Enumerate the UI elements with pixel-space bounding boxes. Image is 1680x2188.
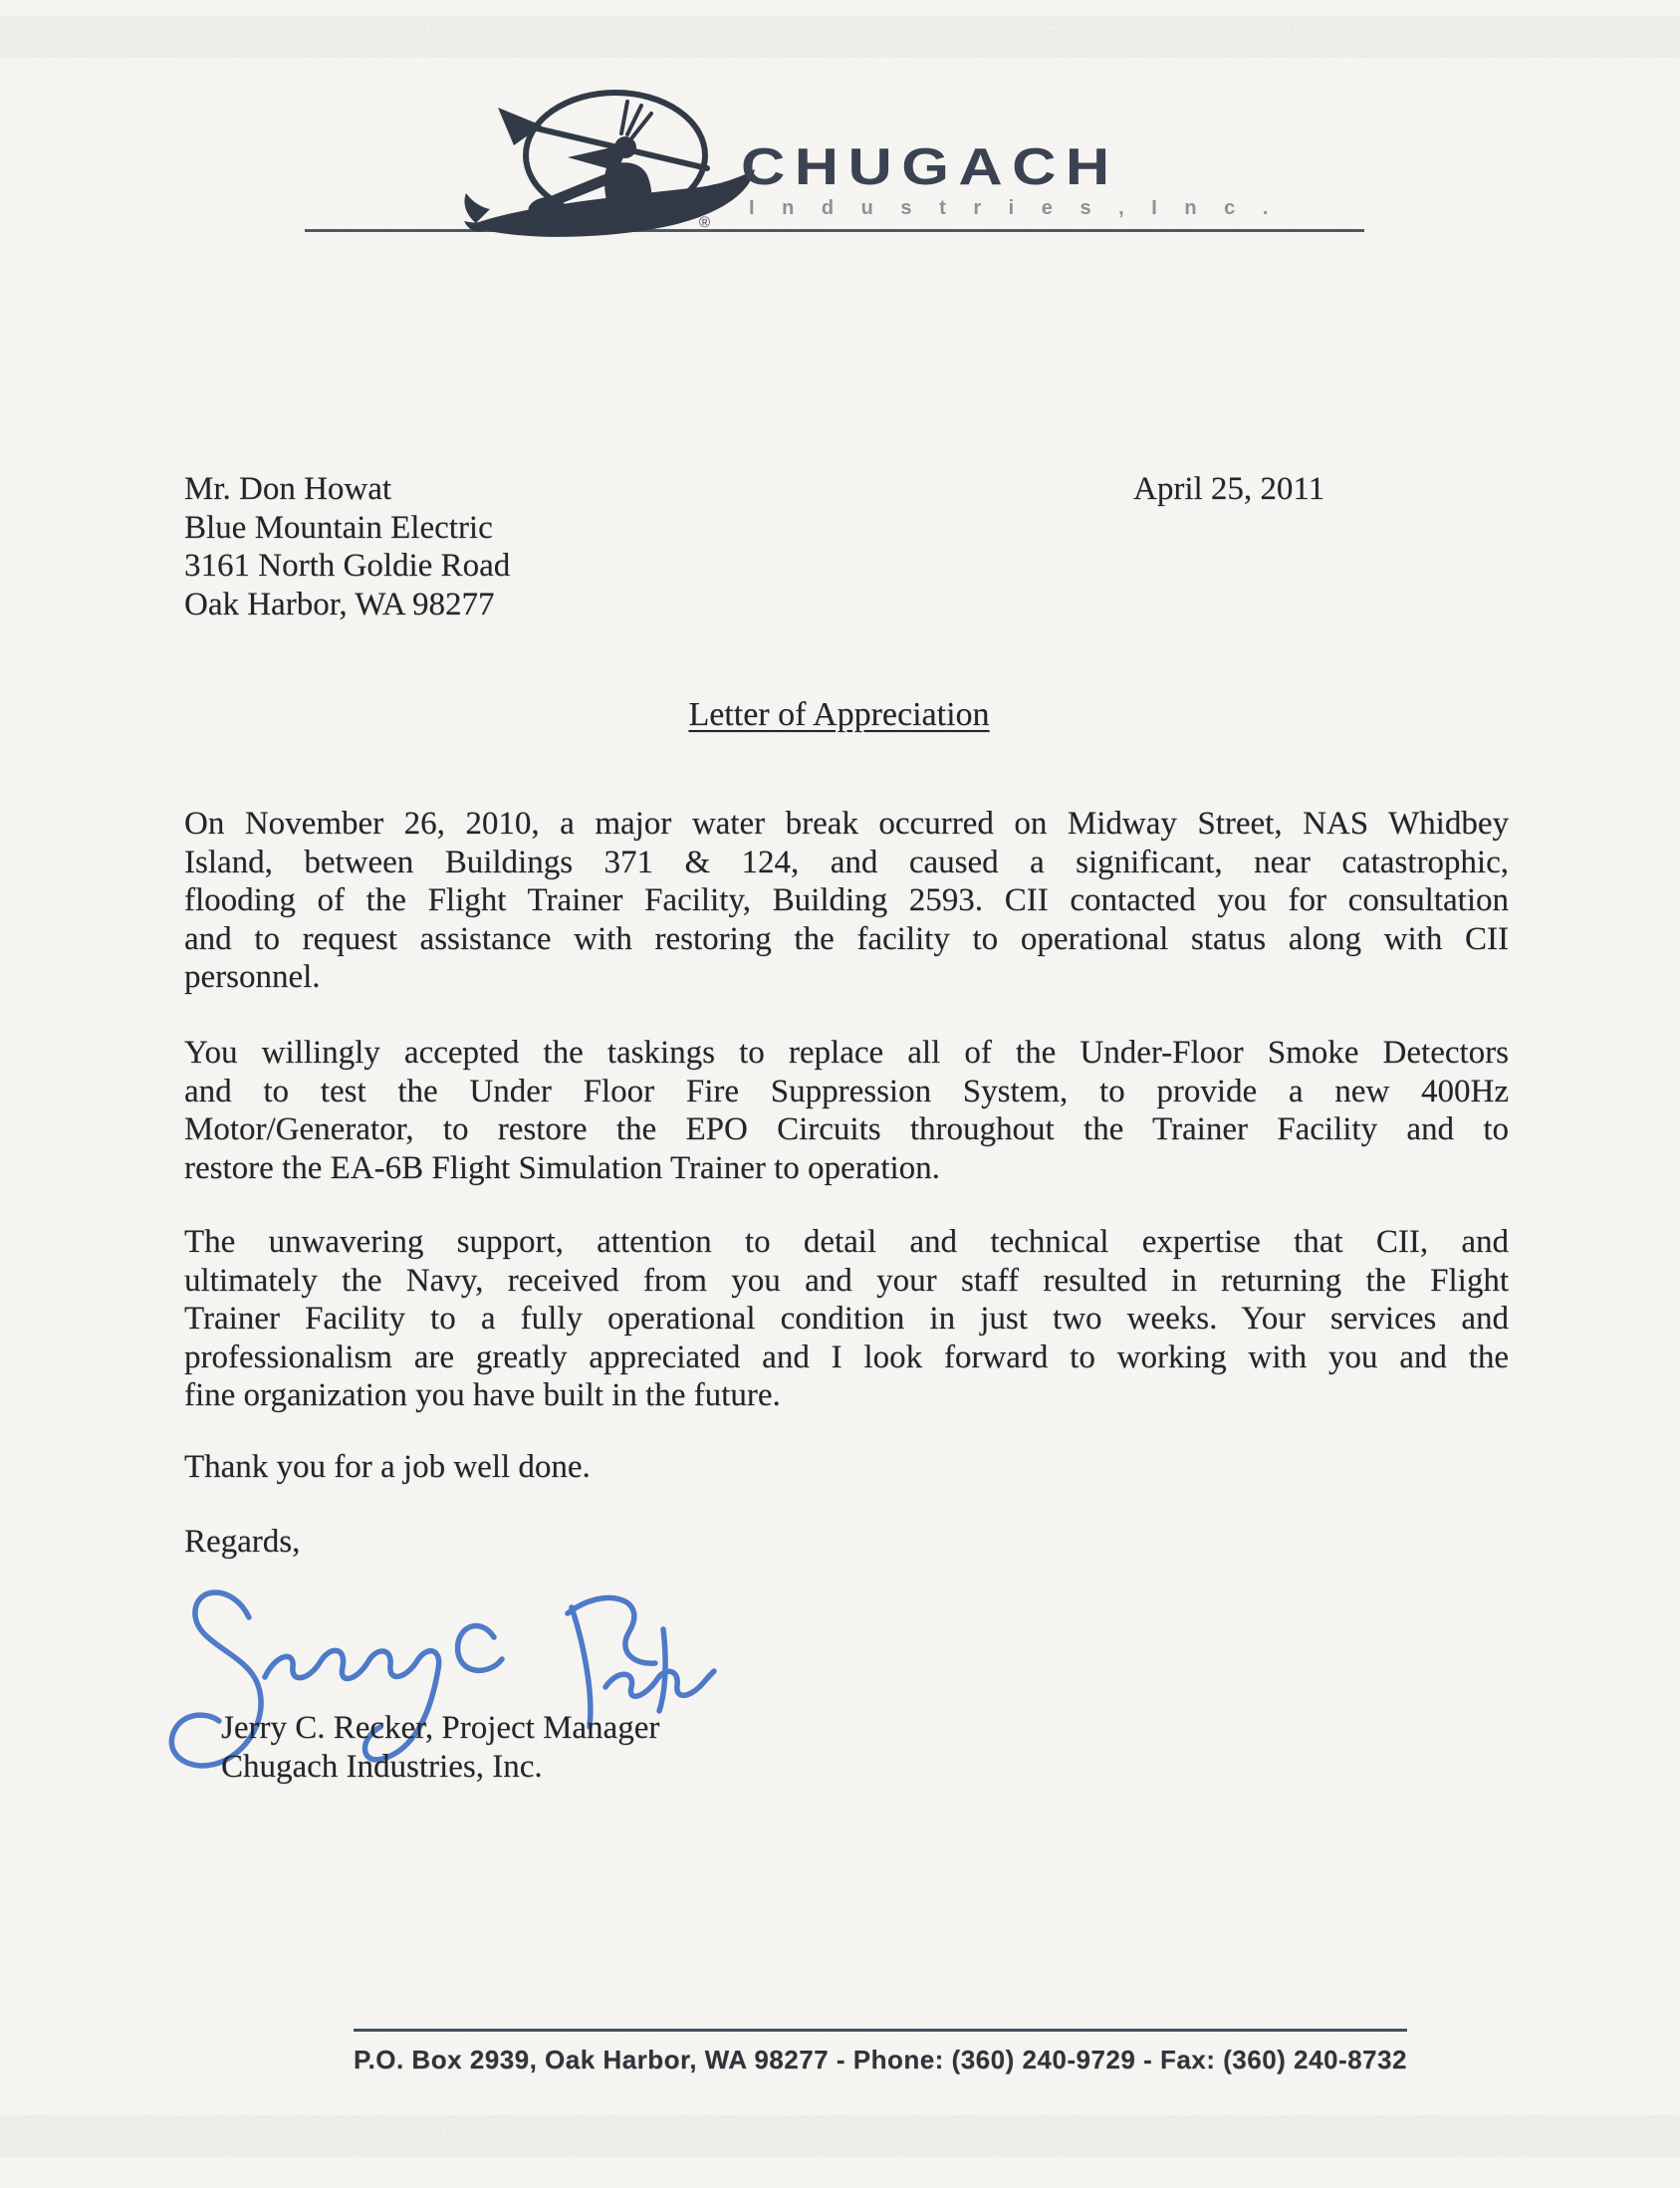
paragraph-line: You willingly accepted the taskings to r…: [184, 1034, 1509, 1073]
paragraph-line: Island, between Buildings 371 & 124, and…: [184, 844, 1509, 882]
signer-company: Chugach Industries, Inc.: [221, 1748, 659, 1787]
paragraph-line: personnel.: [184, 958, 1509, 997]
kayak-paddler-logo-icon: [450, 72, 769, 241]
paragraph-line: Motor/Generator, to restore the EPO Circ…: [184, 1110, 1509, 1149]
paragraph-line: and to request assistance with restoring…: [184, 920, 1509, 959]
footer-contact-info: P.O. Box 2939, Oak Harbor, WA 98277 - Ph…: [354, 2045, 1407, 2075]
paragraph-line: and to test the Under Floor Fire Suppres…: [184, 1073, 1509, 1111]
paragraph-3: The unwavering support, attention to det…: [184, 1223, 1509, 1415]
paragraph-line: The unwavering support, attention to det…: [184, 1223, 1509, 1262]
valediction: Regards,: [184, 1524, 300, 1561]
paragraph-line: On November 26, 2010, a major water brea…: [184, 805, 1509, 844]
recipient-city-state-zip: Oak Harbor, WA 98277: [184, 586, 510, 624]
brand-wordmark: CHUGACH: [741, 141, 1119, 193]
scanned-letter-page: CHUGACH I n d u s t r i e s , I n c . ® …: [0, 0, 1680, 2188]
paragraph-line: flooding of the Flight Trainer Facility,…: [184, 881, 1509, 920]
recipient-street: 3161 North Goldie Road: [184, 547, 510, 586]
closing-line: Thank you for a job well done.: [184, 1449, 591, 1486]
paragraph-line: restore the EA-6B Flight Simulation Trai…: [184, 1149, 1509, 1188]
signature-block: Jerry C. Recker, Project Manager Chugach…: [221, 1709, 659, 1786]
brand-subtitle: I n d u s t r i e s , I n c .: [749, 197, 1279, 220]
registered-trademark-symbol: ®: [699, 214, 710, 231]
paragraph-2: You willingly accepted the taskings to r…: [184, 1034, 1509, 1187]
footer-rule: [354, 2029, 1407, 2032]
signer-name-title: Jerry C. Recker, Project Manager: [221, 1709, 659, 1748]
paragraph-line: professionalism are greatly appreciated …: [184, 1338, 1509, 1377]
recipient-company: Blue Mountain Electric: [184, 509, 510, 548]
letter-date: April 25, 2011: [1133, 471, 1324, 508]
recipient-address-block: Mr. Don Howat Blue Mountain Electric 316…: [184, 470, 510, 623]
paragraph-line: ultimately the Navy, received from you a…: [184, 1262, 1509, 1301]
paragraph-1: On November 26, 2010, a major water brea…: [184, 805, 1509, 997]
recipient-name: Mr. Don Howat: [184, 470, 510, 509]
letter-title-text: Letter of Appreciation: [688, 696, 989, 733]
paragraph-line: fine organization you have built in the …: [184, 1376, 1509, 1415]
letter-title: Letter of Appreciation: [169, 696, 1509, 734]
paragraph-line: Trainer Facility to a fully operational …: [184, 1300, 1509, 1338]
